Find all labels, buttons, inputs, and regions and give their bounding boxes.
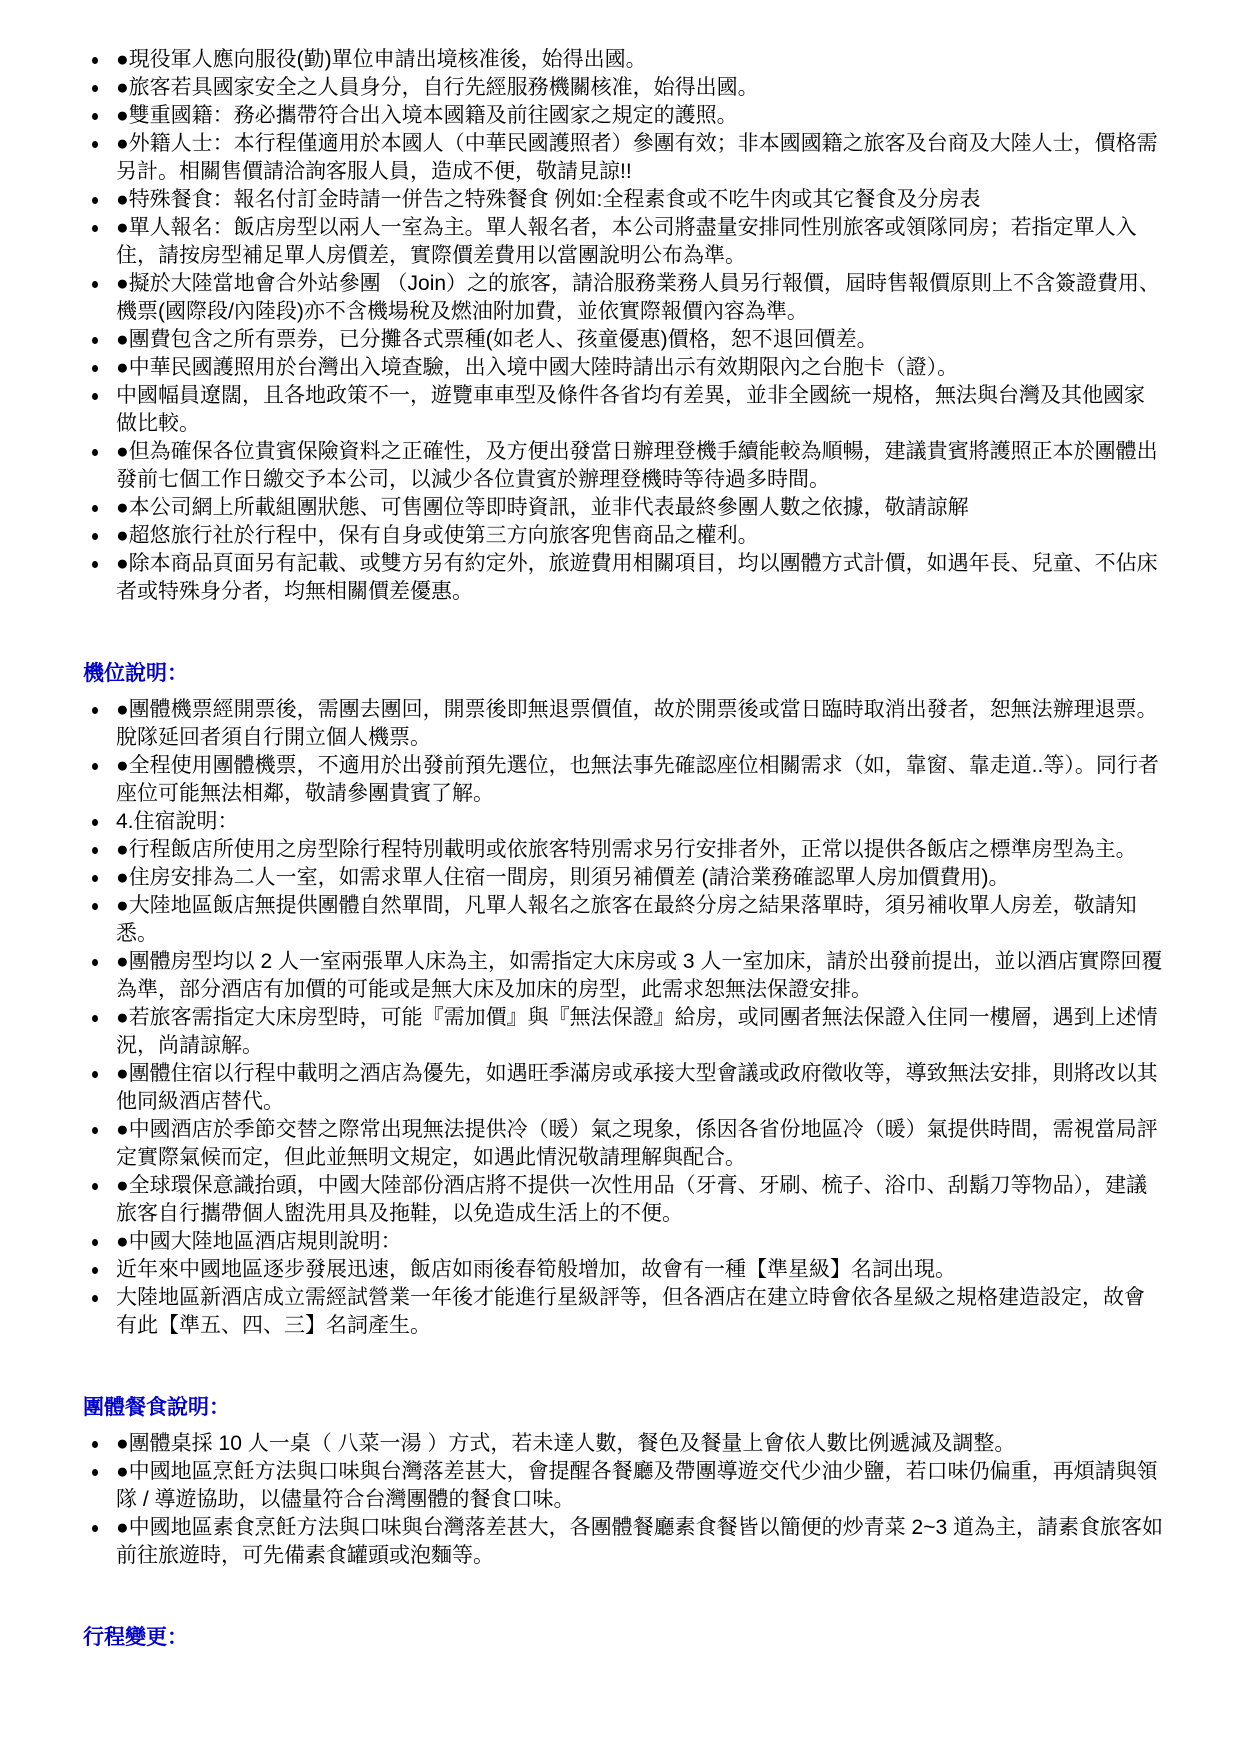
list-item: ●行程飯店所使用之房型除行程特別載明或依旅客特別需求另行安排者外，正常以提供各飯… [116, 836, 1163, 864]
document-section: 機位說明： ●團體機票經開票後，需團去團回，開票後即無退票價值，故於開票後或當日… [83, 660, 1163, 1340]
list-item: 近年來中國地區逐步發展迅速，飯店如雨後春筍般增加，故會有一種【準星級】名詞出現。 [116, 1256, 1163, 1284]
list-item: ●中國酒店於季節交替之際常出現無法提供冷（暖）氣之現象，係因各省份地區冷（暖）氣… [116, 1116, 1163, 1172]
list-item: ●團體桌採 10 人一桌（ 八菜一湯 ）方式，若未達人數，餐色及餐量上會依人數比… [116, 1430, 1163, 1458]
document-section: ●現役軍人應向服役(勤)單位申請出境核准後，始得出國。●旅客若具國家安全之人員身… [83, 46, 1163, 606]
list-item: ●團體房型均以 2 人一室兩張單人床為主，如需指定大床房或 3 人一室加床，請於… [116, 948, 1163, 1004]
list-item: ●全程使用團體機票，不適用於出發前預先選位，也無法事先確認座位相關需求（如，靠窗… [116, 752, 1163, 808]
section-heading: 機位說明： [83, 660, 1163, 688]
list-item: ●旅客若具國家安全之人員身分，自行先經服務機關核准，始得出國。 [116, 74, 1163, 102]
list-item: ●本公司網上所載組團狀態、可售團位等即時資訊，並非代表最終參團人數之依據，敬請諒… [116, 494, 1163, 522]
document-section: 團體餐食說明： ●團體桌採 10 人一桌（ 八菜一湯 ）方式，若未達人數，餐色及… [83, 1394, 1163, 1570]
list-item: ●外籍人士：本行程僅適用於本國人（中華民國護照者）參團有效；非本國國籍之旅客及台… [116, 130, 1163, 186]
list-item: ●但為確保各位貴賓保險資料之正確性，及方便出發當日辦理登機手續能較為順暢，建議貴… [116, 438, 1163, 494]
list-item: ●中華民國護照用於台灣出入境查驗，出入境中國大陸時請出示有效期限內之台胞卡（證）… [116, 354, 1163, 382]
list-item: ●中國地區烹飪方法與口味與台灣落差甚大，會提醒各餐廳及帶團導遊交代少油少鹽，若口… [116, 1458, 1163, 1514]
bullet-list: ●現役軍人應向服役(勤)單位申請出境核准後，始得出國。●旅客若具國家安全之人員身… [83, 46, 1163, 606]
list-item: ●現役軍人應向服役(勤)單位申請出境核准後，始得出國。 [116, 46, 1163, 74]
list-item: ●大陸地區飯店無提供團體自然單間，凡單人報名之旅客在最終分房之結果落單時，須另補… [116, 892, 1163, 948]
list-item: ●超悠旅行社於行程中，保有自身或使第三方向旅客兜售商品之權利。 [116, 522, 1163, 550]
section-heading: 團體餐食說明： [83, 1394, 1163, 1422]
list-item: ●團費包含之所有票券，已分攤各式票種(如老人、孩童優惠)價格，恕不退回價差。 [116, 326, 1163, 354]
list-item: ●特殊餐食：報名付訂金時請一併告之特殊餐食 例如:全程素食或不吃牛肉或其它餐食及… [116, 186, 1163, 214]
section-heading: 行程變更： [83, 1624, 1163, 1652]
list-item: ●住房安排為二人一室，如需求單人住宿一間房，則須另補價差 (請洽業務確認單人房加… [116, 864, 1163, 892]
document-section: 行程變更： [83, 1624, 1163, 1652]
list-item: ●中國大陸地區酒店規則說明： [116, 1228, 1163, 1256]
list-item: 中國幅員遼闊，且各地政策不一，遊覽車車型及條件各省均有差異，並非全國統一規格，無… [116, 382, 1163, 438]
list-item: ●中國地區素食烹飪方法與口味與台灣落差甚大，各團體餐廳素食餐皆以簡便的炒青菜 2… [116, 1514, 1163, 1570]
list-item: ●雙重國籍：務必攜帶符合出入境本國籍及前往國家之規定的護照。 [116, 102, 1163, 130]
list-item: ●團體住宿以行程中載明之酒店為優先，如遇旺季滿房或承接大型會議或政府徵收等，導致… [116, 1060, 1163, 1116]
list-item: ●除本商品頁面另有記載、或雙方另有約定外，旅遊費用相關項目，均以團體方式計價，如… [116, 550, 1163, 606]
list-item: ●若旅客需指定大床房型時，可能『需加價』與『無法保證』給房，或同團者無法保證入住… [116, 1004, 1163, 1060]
document-body: ●現役軍人應向服役(勤)單位申請出境核准後，始得出國。●旅客若具國家安全之人員身… [0, 0, 1241, 1755]
list-item: ●擬於大陸當地會合外站參團 （Join）之的旅客，請洽服務業務人員另行報價，屆時… [116, 270, 1163, 326]
bullet-list: ●團體桌採 10 人一桌（ 八菜一湯 ）方式，若未達人數，餐色及餐量上會依人數比… [83, 1430, 1163, 1570]
bullet-list: ●團體機票經開票後，需團去團回，開票後即無退票價值，故於開票後或當日臨時取消出發… [83, 696, 1163, 1340]
list-item: 大陸地區新酒店成立需經試營業一年後才能進行星級評等，但各酒店在建立時會依各星級之… [116, 1284, 1163, 1340]
list-item: ●團體機票經開票後，需團去團回，開票後即無退票價值，故於開票後或當日臨時取消出發… [116, 696, 1163, 752]
list-item: ●全球環保意識抬頭，中國大陸部份酒店將不提供一次性用品（牙膏、牙刷、梳子、浴巾、… [116, 1172, 1163, 1228]
list-item: ●單人報名：飯店房型以兩人一室為主。單人報名者，本公司將盡量安排同性別旅客或領隊… [116, 214, 1163, 270]
list-item: 4.住宿說明： [116, 808, 1163, 836]
